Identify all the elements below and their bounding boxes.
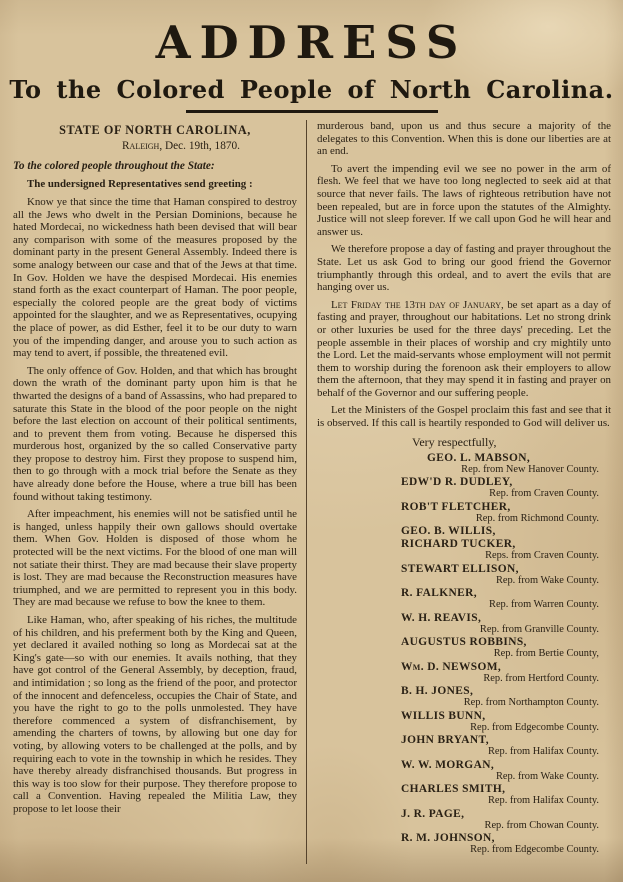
signature-entry: R. FALKNER,Rep. from Warren County. [317, 587, 611, 611]
signature-county: Rep. from Craven County. [317, 488, 611, 500]
signature-name: J. R. PAGE, [317, 808, 611, 820]
signature-entry: W. H. REAVIS,Rep. from Granville County. [317, 612, 611, 636]
signature-county: Rep. from Halifax County. [317, 746, 611, 758]
paragraph: The only offence of Gov. Holden, and tha… [13, 365, 297, 504]
signature-county: Rep. from Warren County. [317, 599, 611, 611]
signature-entry: JOHN BRYANT,Rep. from Halifax County. [317, 734, 611, 758]
paragraph: We therefore propose a day of fasting an… [317, 243, 611, 293]
signature-county: Rep. from Hertford County. [317, 673, 611, 685]
document-page: ADDRESS To the Colored People of North C… [0, 0, 623, 882]
signature-name: R. FALKNER, [317, 587, 611, 599]
signature-county: Rep. from Granville County. [317, 624, 611, 636]
greeting: The undersigned Representatives send gre… [13, 178, 297, 191]
right-column: murderous band, upon us and thus secure … [307, 120, 611, 864]
signature-name: Wm. D. NEWSOM, [317, 661, 611, 673]
signature-county: Rep. from Edgecombe County. [317, 844, 611, 856]
signature-entry: AUGUSTUS ROBBINS,Rep. from Bertie County… [317, 636, 611, 660]
signature-county: Rep. from Halifax County. [317, 795, 611, 807]
signature-name: W. H. REAVIS, [317, 612, 611, 624]
signature-name: GEO. B. WILLIS, [317, 525, 611, 537]
signature-name: JOHN BRYANT, [317, 734, 611, 746]
signature-county: Rep. from Edgecombe County. [317, 722, 611, 734]
closing: Very respectfully, [412, 435, 611, 449]
signature-entry: RICHARD TUCKER,Reps. from Craven County. [317, 538, 611, 562]
signatures: GEO. L. MABSON,Rep. from New Hanover Cou… [317, 452, 611, 856]
signature-county: Rep. from New Hanover County. [317, 464, 611, 476]
signature-county: Rep. from Northampton County. [317, 697, 611, 709]
signature-entry: B. H. JONES,Rep. from Northampton County… [317, 685, 611, 709]
signature-county: Rep. from Richmond County. [317, 513, 611, 525]
signature-entry: GEO. L. MABSON,Rep. from New Hanover Cou… [317, 452, 611, 476]
dateline-state: STATE OF NORTH CAROLINA, [13, 123, 297, 137]
signature-entry: CHARLES SMITH,Rep. from Halifax County. [317, 783, 611, 807]
paragraph-continuation: murderous band, upon us and thus secure … [317, 120, 611, 158]
dateline-day: Dec. 19th, 1870. [162, 140, 240, 152]
signature-name: STEWART ELLISON, [317, 563, 611, 575]
signature-entry: R. M. JOHNSON,Rep. from Edgecombe County… [317, 832, 611, 856]
signature-entry: W. W. MORGAN,Rep. from Wake County. [317, 759, 611, 783]
dateline-date: Raleigh, Dec. 19th, 1870. [13, 140, 297, 153]
page-title: ADDRESS [0, 18, 623, 68]
paragraph: To avert the impending evil we see no po… [317, 163, 611, 239]
signature-entry: WILLIS BUNN,Rep. from Edgecombe County. [317, 710, 611, 734]
signature-name: EDW'D R. DUDLEY, [317, 476, 611, 488]
signature-entry: EDW'D R. DUDLEY,Rep. from Craven County. [317, 476, 611, 500]
signature-county: Rep. from Bertie County, [317, 648, 611, 660]
page-subtitle: To the Colored People of North Carolina. [0, 76, 623, 103]
signature-name: W. W. MORGAN, [317, 759, 611, 771]
fast-day-rest: be set apart as a day of fasting and pra… [317, 299, 611, 399]
masthead: ADDRESS To the Colored People of North C… [0, 0, 623, 113]
paragraph: Like Haman, who, after speaking of his r… [13, 614, 297, 816]
ministers-paragraph: Let the Ministers of the Gospel proclaim… [317, 404, 611, 429]
dateline-place: Raleigh, [122, 140, 162, 152]
signature-county: Rep. from Chowan County. [317, 820, 611, 832]
left-column: STATE OF NORTH CAROLINA, Raleigh, Dec. 1… [13, 120, 306, 864]
salutation: To the colored people throughout the Sta… [13, 160, 297, 173]
signature-name: CHARLES SMITH, [317, 783, 611, 795]
paragraph: Know ye that since the time that Haman c… [13, 196, 297, 360]
paragraph: After impeachment, his enemies will not … [13, 508, 297, 609]
signature-name: RICHARD TUCKER, [317, 538, 611, 550]
signature-name: B. H. JONES, [317, 685, 611, 697]
signature-entry: Wm. D. NEWSOM,Rep. from Hertford County. [317, 661, 611, 685]
columns: STATE OF NORTH CAROLINA, Raleigh, Dec. 1… [0, 113, 623, 864]
signature-entry: GEO. B. WILLIS, [317, 525, 611, 537]
signature-county: Reps. from Craven County. [317, 550, 611, 562]
signature-name: R. M. JOHNSON, [317, 832, 611, 844]
signature-name: ROB'T FLETCHER, [317, 501, 611, 513]
fast-day-lead: Let Friday the 13th day of January, [331, 299, 504, 311]
signature-name: GEO. L. MABSON, [317, 452, 611, 464]
signature-name: WILLIS BUNN, [317, 710, 611, 722]
signature-county: Rep. from Wake County. [317, 771, 611, 783]
signature-entry: J. R. PAGE,Rep. from Chowan County. [317, 808, 611, 832]
signature-entry: STEWART ELLISON,Rep. from Wake County. [317, 563, 611, 587]
fast-day-paragraph: Let Friday the 13th day of January, be s… [317, 299, 611, 400]
signature-county: Rep. from Wake County. [317, 575, 611, 587]
signature-entry: ROB'T FLETCHER,Rep. from Richmond County… [317, 501, 611, 525]
signature-name: AUGUSTUS ROBBINS, [317, 636, 611, 648]
